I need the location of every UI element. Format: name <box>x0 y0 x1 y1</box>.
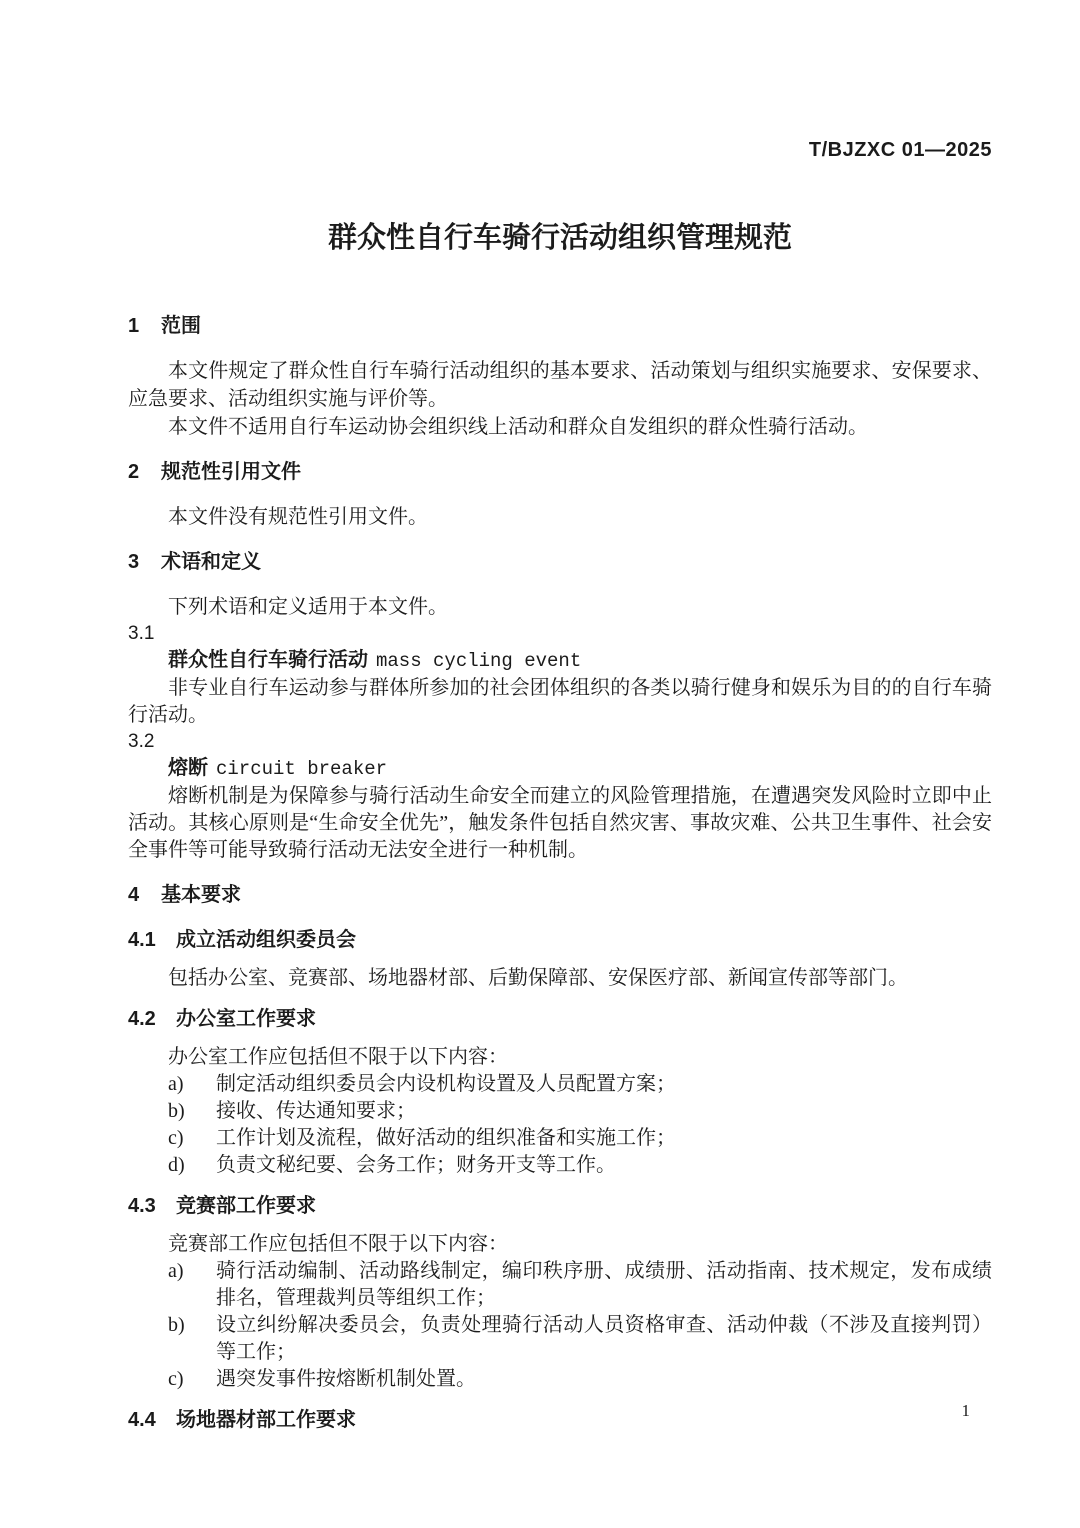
list-item-text: 负责文秘纪要、会务工作；财务开支等工作。 <box>216 1154 616 1176</box>
list-item-text: 设立纠纷解决委员会，负责处理骑行活动人员资格审查、活动仲裁（不涉及直接判罚）等工… <box>216 1314 992 1363</box>
section-number: 2 <box>128 458 146 486</box>
list-item: c)遇突发事件按熔断机制处置。 <box>128 1366 992 1393</box>
list-item: a)骑行活动编制、活动路线制定，编印秩序册、成绩册、活动指南、技术规定，发布成绩… <box>128 1258 992 1312</box>
section-4-1-paragraph: 包括办公室、竞赛部、场地器材部、后勤保障部、安保医疗部、新闻宣传部等部门。 <box>128 964 992 992</box>
term-en: circuit breaker <box>216 758 387 780</box>
section-title: 规范性引用文件 <box>161 461 301 483</box>
section-number: 4 <box>128 881 146 909</box>
term-zh: 熔断 <box>168 757 208 779</box>
scope-paragraph-1: 本文件规定了群众性自行车骑行活动组织的基本要求、活动策划与组织实施要求、安保要求… <box>128 357 992 413</box>
section-3-heading: 3术语和定义 <box>128 548 992 576</box>
list-item-label: a) <box>168 1258 184 1285</box>
section-number: 4.1 <box>128 926 162 954</box>
section-title: 范围 <box>161 315 201 337</box>
list-item: a)制定活动组织委员会内设机构设置及人员配置方案； <box>128 1071 992 1098</box>
section-number: 4.3 <box>128 1192 162 1220</box>
list-item: d)负责文秘纪要、会务工作；财务开支等工作。 <box>128 1152 992 1179</box>
section-4-3-intro: 竞赛部工作应包括但不限于以下内容： <box>128 1230 992 1258</box>
section-number: 4.4 <box>128 1406 162 1434</box>
section-4-2-intro: 办公室工作应包括但不限于以下内容： <box>128 1043 992 1071</box>
document-page: T/BJZXC 01—2025 群众性自行车骑行活动组织管理规范 1范围 本文件… <box>0 0 1080 1528</box>
page-number: 1 <box>962 1400 971 1422</box>
list-item-label: c) <box>168 1366 184 1393</box>
section-4-3-heading: 4.3竞赛部工作要求 <box>128 1192 992 1220</box>
list-item-label: b) <box>168 1098 185 1125</box>
list-item-text: 接收、传达通知要求； <box>216 1100 416 1122</box>
term-en: mass cycling event <box>376 650 581 672</box>
normative-refs-paragraph: 本文件没有规范性引用文件。 <box>128 503 992 531</box>
section-title: 术语和定义 <box>161 551 261 573</box>
section-1-heading: 1范围 <box>128 312 992 340</box>
section-4-4-heading: 4.4场地器材部工作要求 <box>128 1406 992 1434</box>
section-4-1-heading: 4.1成立活动组织委员会 <box>128 926 992 954</box>
term-zh: 群众性自行车骑行活动 <box>168 649 368 671</box>
list-item: b)接收、传达通知要求； <box>128 1098 992 1125</box>
section-2-heading: 2规范性引用文件 <box>128 458 992 486</box>
list-item-label: d) <box>168 1152 185 1179</box>
section-number: 3 <box>128 548 146 576</box>
section-title: 基本要求 <box>161 884 241 906</box>
list-item-label: b) <box>168 1312 185 1339</box>
list-item-text: 骑行活动编制、活动路线制定，编印秩序册、成绩册、活动指南、技术规定，发布成绩排名… <box>216 1260 992 1309</box>
section-title: 成立活动组织委员会 <box>176 929 356 951</box>
list-item: b)设立纠纷解决委员会，负责处理骑行活动人员资格审查、活动仲裁（不涉及直接判罚）… <box>128 1312 992 1366</box>
section-number: 1 <box>128 312 146 340</box>
list-item-label: a) <box>168 1071 184 1098</box>
clause-number-3-1: 3.1 <box>128 621 992 647</box>
list-item-text: 工作计划及流程，做好活动的组织准备和实施工作； <box>216 1127 676 1149</box>
list-item-text: 遇突发事件按熔断机制处置。 <box>216 1368 476 1390</box>
terms-intro: 下列术语和定义适用于本文件。 <box>128 593 992 621</box>
term-definition-3-2: 熔断机制是为保障参与骑行活动生命安全而建立的风险管理措施，在遭遇突发风险时立即中… <box>128 783 992 864</box>
term-definition-3-1: 非专业自行车运动参与群体所参加的社会团体组织的各类以骑行健身和娱乐为目的的自行车… <box>128 675 992 729</box>
section-4-2-heading: 4.2办公室工作要求 <box>128 1005 992 1033</box>
section-title: 办公室工作要求 <box>176 1008 316 1030</box>
term-line-3-2: 熔断circuit breaker <box>128 755 992 783</box>
doc-title: 群众性自行车骑行活动组织管理规范 <box>128 218 992 258</box>
doc-code: T/BJZXC 01—2025 <box>128 138 992 162</box>
section-title: 竞赛部工作要求 <box>176 1195 316 1217</box>
list-item-text: 制定活动组织委员会内设机构设置及人员配置方案； <box>216 1073 676 1095</box>
scope-paragraph-2: 本文件不适用自行车运动协会组织线上活动和群众自发组织的群众性骑行活动。 <box>128 413 992 441</box>
section-title: 场地器材部工作要求 <box>176 1409 356 1431</box>
section-4-heading: 4基本要求 <box>128 881 992 909</box>
list-item: c)工作计划及流程，做好活动的组织准备和实施工作； <box>128 1125 992 1152</box>
section-number: 4.2 <box>128 1005 162 1033</box>
term-line-3-1: 群众性自行车骑行活动mass cycling event <box>128 647 992 675</box>
clause-number-3-2: 3.2 <box>128 729 992 755</box>
list-item-label: c) <box>168 1125 184 1152</box>
